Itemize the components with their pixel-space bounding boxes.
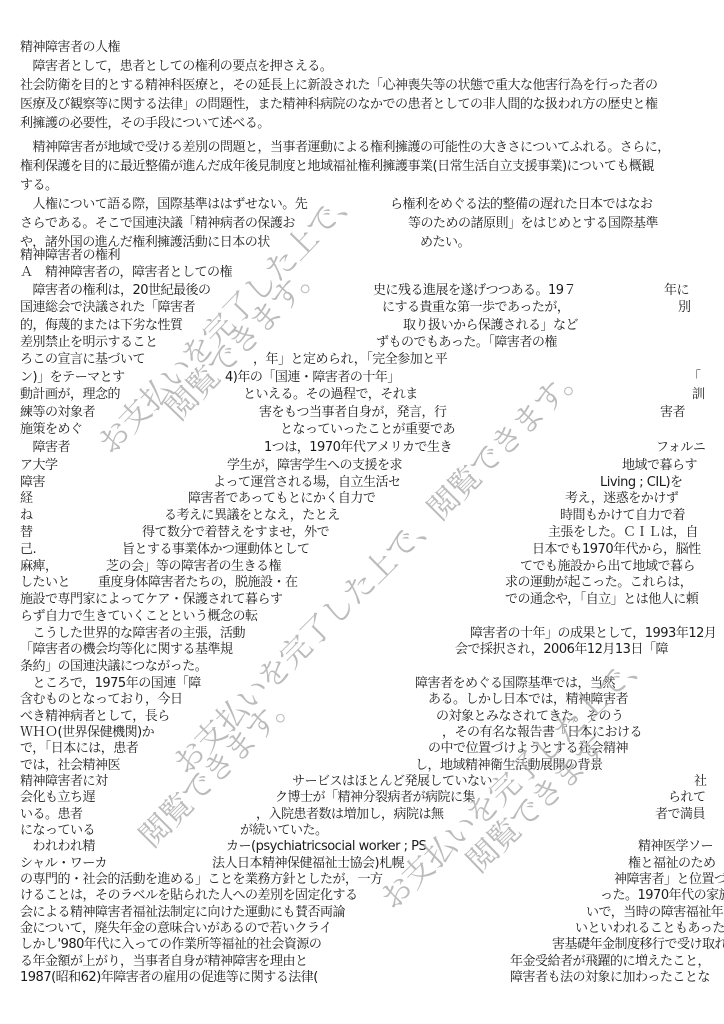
text-line-fragment: にする貴重な第一歩であったが，	[382, 300, 569, 315]
text-line-fragment: さらである。そこで国連決議「精神病者の保護お	[20, 216, 295, 231]
text-line-fragment: 金について，廃失年金の意味合いがあるので若いクライ	[20, 921, 332, 936]
text-line-fragment: したいと	[20, 575, 70, 590]
text-line-fragment: が続いていた。	[240, 823, 328, 838]
text-line-fragment: 別	[678, 300, 691, 315]
text-line-fragment: ところで，1975年の国連「障	[20, 676, 201, 691]
text-line-fragment: 障害者	[20, 440, 70, 455]
text-line-fragment: する。	[20, 178, 58, 193]
text-line-fragment: ＷＨＯ(世界保健機関)か	[20, 725, 154, 740]
text-line-fragment: べき精神病者として，長ら	[20, 709, 170, 724]
text-line-fragment: での通念や，「自立」とは他人に頼	[505, 592, 698, 607]
text-line-fragment: の専門的・社会的活動を進める」ことを業務方針としたが，一方	[20, 872, 383, 887]
text-line-fragment: 等のための諸原則」をはじめとする国際基準	[408, 216, 658, 231]
text-line-fragment: らず自力で生きていくことという概念の転	[20, 609, 258, 624]
text-line-fragment: 障害者の権利は，20世紀最後の	[20, 283, 211, 298]
text-line-fragment: 求の運動が起こった。これらは，	[505, 575, 692, 590]
text-line-fragment: 重度身体障害者たちの，脱施設・在	[98, 575, 297, 590]
text-line-fragment: 権利保護を目的に最近整備が進んだ成年後見制度と地域福祉権利擁護事業(日常生活自立…	[20, 159, 654, 174]
text-line-fragment: フォルニ	[656, 440, 705, 455]
text-line-fragment: 害者	[660, 405, 685, 420]
text-line-fragment: 年に	[664, 283, 689, 298]
text-line-fragment: 会で採択され，2006年12月13日「障	[455, 642, 668, 657]
text-line-fragment: ，年」と定められ，「完全参加と平	[253, 352, 447, 367]
text-line-fragment: 障害者をめぐる国際基準では，当然	[415, 676, 615, 691]
text-line-fragment: ，入院患者数は増加し，病院は無	[256, 807, 444, 822]
text-line-fragment: 考え，迷惑をかけず	[565, 491, 678, 506]
text-line-fragment: けることは，そのラベルを貼られた人への差別を固定化する	[20, 888, 358, 903]
text-line-fragment: 芝の会」等の障害者の生きる権	[106, 559, 281, 574]
text-line-fragment: 障害者も法の対象に加わったことな	[510, 970, 710, 985]
text-line-fragment: Living ; CIL)を	[600, 475, 683, 490]
text-line-fragment: 主張をした。ＣＩＬは，自	[548, 525, 698, 540]
text-line-fragment: よって運営される場，自立生活セ	[213, 475, 401, 490]
text-line-fragment: カー(psychiatricsocial worker ; PS	[226, 839, 426, 854]
text-line-fragment: 訓	[692, 387, 705, 402]
text-line-fragment: ン)」をテーマとす	[20, 370, 125, 385]
text-line-fragment: 権と福祉のため	[628, 856, 716, 871]
text-line-fragment: Ａ 精神障害者の，障害者としての権	[20, 265, 232, 280]
text-line-fragment: てでも施設から出て地域で暮ら	[520, 559, 695, 574]
text-line-fragment: 国連総会で決議された「障害者	[20, 300, 195, 315]
text-line-fragment: シャル・ワーカ	[20, 856, 107, 871]
text-line-fragment: 「障害者の機会均等化に関する基準規	[20, 642, 233, 657]
text-line-fragment: 4)年の「国連・障害者の十年」	[225, 370, 400, 385]
text-line-fragment: 練等の対象者	[20, 405, 95, 420]
text-line-fragment: 学生が，障害学生への支援を求	[227, 458, 402, 473]
text-line-fragment: 「	[688, 370, 701, 385]
text-line-fragment: いる。患者	[20, 807, 83, 822]
text-line-fragment: ね	[20, 508, 33, 523]
text-line-fragment: ろこの宣言に基づいて	[20, 352, 145, 367]
text-line-fragment: 1987(昭和62)年障害者の雇用の促進等に関する法律(	[20, 970, 318, 985]
text-line-fragment: 会による精神障害者福祉法制定に向けた運動にも賛否両論	[20, 905, 345, 920]
text-line-fragment: 取り扱いから保護される」など	[403, 318, 578, 333]
text-line-fragment: る年金額が上がり，当事者自身が精神障害を理由と	[20, 954, 308, 969]
text-line-fragment: 旨とする事業体かつ運動体として	[122, 542, 310, 557]
text-line-fragment: ある。しかし日本では，精神障害者	[428, 692, 628, 707]
text-line-fragment: 時間もかけて自力で着	[560, 508, 685, 523]
text-line-fragment: 法人日本精神保健福祉士協会)札幌	[212, 856, 404, 871]
text-line-fragment: 的，侮蔑的または下劣な性質	[20, 318, 183, 333]
text-line-fragment: サービスはほとんど発展していない	[292, 774, 492, 789]
text-line-fragment: では，社会精神医	[20, 758, 120, 773]
text-line-fragment: 精神障害者の権利	[20, 248, 120, 263]
text-line-fragment: ア大学	[20, 458, 58, 473]
text-line-fragment: いで，当時の障害福祉年	[586, 905, 723, 920]
text-line-fragment: 動計画が，理念的	[20, 387, 120, 402]
text-line-fragment: の中で位置づけようとする社会精神	[428, 741, 628, 756]
text-line-fragment: 精神障害者に対	[20, 774, 108, 789]
text-line-fragment: 障害者の十年」の成果として，1993年12月	[470, 626, 716, 641]
text-line-fragment: 己.	[20, 542, 36, 557]
text-line-fragment: 精神医学ソー	[638, 839, 713, 854]
text-line-fragment: 精神障害者が地域で受ける差別の問題と，当事者運動による権利擁護の可能性の大きさに…	[20, 140, 670, 155]
text-line-fragment: ずものでもあった。「障害者の権	[376, 335, 557, 350]
text-line-fragment: られて	[668, 790, 706, 805]
text-line-fragment: 社会防衛を目的とする精神科医療と，その延長上に新設された「心神喪失等の状態で重大…	[20, 78, 658, 93]
text-line-fragment: ，その有名な報告書『日本における	[442, 725, 642, 740]
text-line-fragment: ら権利をめぐる法的整備の遅れた日本ではなお	[390, 197, 653, 212]
text-line-fragment: こうした世界的な障害者の主張，活動	[20, 626, 245, 641]
text-line-fragment: になっている	[20, 823, 95, 838]
text-line-fragment: 1つは，1970年代アメリカで生き	[264, 440, 452, 455]
text-line-fragment: 麻痺，	[20, 559, 58, 574]
text-line-fragment: となっていったことが重要であ	[280, 422, 455, 437]
text-line-fragment: 障害者として，患者としての権利の要点を押さえる。	[20, 59, 332, 74]
text-line-fragment: る考えに異議をとなえ，たとえ	[164, 508, 340, 523]
text-line-fragment: 年金受給者が飛躍的に増えたこと，	[510, 954, 710, 969]
text-line-fragment: といえる。その過程で，それま	[243, 387, 418, 402]
text-line-fragment: 精神障害者の人権	[20, 40, 120, 55]
text-line-fragment: 社	[694, 774, 707, 789]
text-line-fragment: 会化も立ち遅	[20, 790, 95, 805]
text-line-fragment: 得て数分で着替えをすませ，外で	[142, 525, 329, 540]
text-line-fragment: 施設で専門家によってケア・保護されて暮らす	[20, 592, 283, 607]
text-line-fragment: った。1970年代の家族	[600, 888, 724, 903]
text-line-fragment: われわれ精	[20, 839, 95, 854]
text-line-fragment: 害基礎年金制度移行で受け取れ	[552, 937, 724, 952]
document-page: 精神障害者の人権 障害者として，患者としての権利の要点を押さえる。社会防衛を目的…	[0, 0, 724, 1024]
text-line-fragment: 人権について語る際，国際基準ははずせない。先	[20, 197, 307, 212]
text-line-fragment: 替	[20, 525, 33, 540]
text-line-fragment: 障害	[20, 475, 45, 490]
text-line-fragment: 利擁護の必要性，その手段について述べる。	[20, 116, 270, 131]
text-line-fragment: しかし'980年代に入っての作業所等福祉的社会資源の	[20, 937, 321, 952]
text-line-fragment: 地域で暮らす	[622, 458, 697, 473]
text-line-fragment: 含むものとなっており，今日	[20, 692, 183, 707]
text-line-fragment: 日本でも1970年代から，脳性	[532, 542, 701, 557]
text-line-fragment: 障害者であってもとにかく自力で	[188, 491, 375, 506]
text-line-fragment: し，地域精神衛生活動展開の背景	[415, 758, 603, 773]
text-line-fragment: 神障害者」と位置づ	[614, 872, 724, 887]
text-line-fragment: 経	[20, 491, 33, 506]
text-line-fragment: 施策をめぐ	[20, 422, 83, 437]
text-line-fragment: 医療及び観察等に関する法律」の問題性，また精神科病院のなかでの患者としての非人間…	[20, 97, 658, 112]
text-line-fragment: 史に残る進展を遂げつつある。19７	[373, 283, 576, 298]
text-line-fragment: で，「日本には，患者	[20, 741, 138, 756]
text-line-fragment: いといわれることもあった。	[575, 921, 724, 936]
text-line-fragment: ク博士が「精神分裂病者が病院に集	[275, 790, 475, 805]
text-line-fragment: 差別禁止を明示すること	[20, 335, 158, 350]
text-line-fragment: めたい。	[420, 235, 470, 250]
text-line-fragment: 者で満員	[655, 807, 705, 822]
text-line-fragment: 害をもつ当事者自身が，発言，行	[259, 405, 447, 420]
text-line-fragment: 条約」の国連決議につながった。	[20, 659, 207, 674]
text-line-fragment: の対象とみなされてきた。そのう	[436, 709, 624, 724]
